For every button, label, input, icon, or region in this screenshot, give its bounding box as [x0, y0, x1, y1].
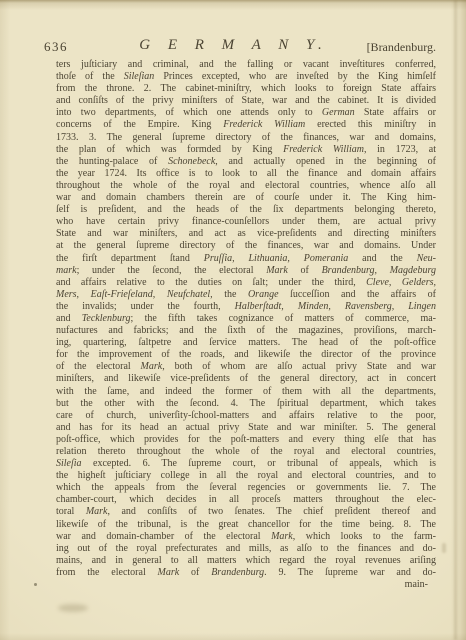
body-line: and Tecklenburg; the fifth takes cogniza…: [56, 313, 436, 325]
body-line: from the throne. 2. The cabinet-miniſtry…: [56, 83, 436, 95]
body-line: miniſters, and likewiſe vice-preſidents …: [56, 373, 436, 385]
body-line: who have certain privy finance-counſello…: [56, 216, 436, 228]
body-line: of the electoral Mark, both of whom are …: [56, 361, 436, 373]
body-line: relation thereto throughout the whole of…: [56, 446, 436, 458]
book-page: 636 G E R M A N Y. [Brandenburg. ters ju…: [0, 0, 466, 640]
body-line: and affairs relative to the duties on ſa…: [56, 277, 436, 289]
body-line: throughout the whole of the royal and el…: [56, 180, 436, 192]
body-line: Sileſia excepted. 6. The ſupreme court, …: [56, 458, 436, 470]
body-line: mark; under the ſecond, the electoral Ma…: [56, 265, 436, 277]
stray-mark: [58, 604, 88, 612]
body-line: the invalids; under the fourth, Halberſt…: [56, 301, 436, 313]
body-line: war and domain-chamber of the electoral …: [56, 531, 436, 543]
body-line: from the electoral Mark of Brandenburg. …: [56, 567, 436, 579]
body-line: the hunting-palace of Schonebeck, and ac…: [56, 156, 436, 168]
text-block: ters juſticiary and criminal, and the fa…: [56, 59, 436, 591]
body-line: which the appeals from the ſeveral regen…: [56, 482, 436, 494]
body-line: and conſiſts of the privy miniſters of S…: [56, 95, 436, 107]
body-line: at the general ſupreme directory of the …: [56, 240, 436, 252]
body-line: ſelf is preſident, and the heads of the …: [56, 204, 436, 216]
body-line: 1733. 3. The general ſupreme directory o…: [56, 132, 436, 144]
body-line: ters juſticiary and criminal, and the fa…: [56, 59, 436, 71]
body-line: poſt-office, which provides for the poſt…: [56, 434, 436, 446]
body-line: Mers, Eaſt-Frieſeland, Neufchatel, the O…: [56, 289, 436, 301]
body-line: the year 1724. Its office is to look to …: [56, 168, 436, 180]
body-line: toral Mark, and conſiſts of two ſenates.…: [56, 506, 436, 518]
body-line: ing, quartering, ſaltpetre and ſervice m…: [56, 337, 436, 349]
stray-mark: [34, 583, 37, 586]
body-line: the higheſt juſticiary college in all th…: [56, 470, 436, 482]
body-line: nufactures and fabricks; and the ſixth o…: [56, 325, 436, 337]
body-line: the plan of which was formded by King Fr…: [56, 144, 436, 156]
body-line: and has for its head an actual privy Sta…: [56, 422, 436, 434]
body-line: with the ſame, and indeed the former of …: [56, 386, 436, 398]
stray-mark: [442, 543, 446, 553]
body-line: war and domain chambers therein are of c…: [56, 192, 436, 204]
body-line: into two departments, of which one atten…: [56, 107, 436, 119]
body-line: chamber-court, which decides in all proc…: [56, 494, 436, 506]
catchword: main-: [56, 579, 436, 591]
page-edge-shadow: [454, 0, 457, 640]
section-header: [Brandenburg.: [367, 40, 436, 55]
body-line: concerns of the Empire. King Frederick W…: [56, 119, 436, 131]
body-line: the firſt department ſtand Pruſſia, Lith…: [56, 253, 436, 265]
body-line: but the other with the ſecond. 4. The ſp…: [56, 398, 436, 410]
body-line: for the improvement of the roads, and li…: [56, 349, 436, 361]
body-line: care of church, univerſity-ſchool-matter…: [56, 410, 436, 422]
body-line: State and war miniſters, and act as vice…: [56, 228, 436, 240]
body-line: ing out of the royal prefecturates and m…: [56, 543, 436, 555]
body-line: mains, and in general to all matters whi…: [56, 555, 436, 567]
body-line: likewiſe of the tribunal, is the great c…: [56, 519, 436, 531]
body-line: thoſe of the Sileſian Princes excepted, …: [56, 71, 436, 83]
